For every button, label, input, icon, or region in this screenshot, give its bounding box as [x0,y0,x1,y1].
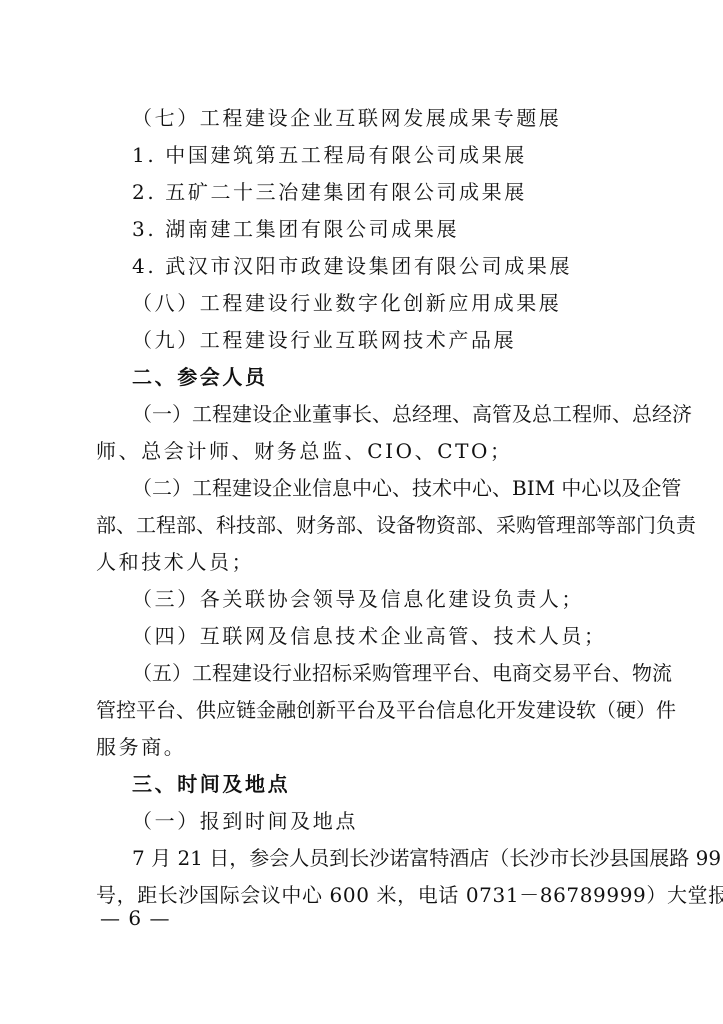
paragraph-line: （五）工程建设行业招标采购管理平台、电商交易平台、物流 [132,661,622,685]
list-item: 1. 中国建筑第五工程局有限公司成果展 [132,143,527,167]
subheading-exhibition-9: （九）工程建设行业互联网技术产品展 [132,328,516,352]
list-item: 2. 五矿二十三冶建集团有限公司成果展 [132,180,527,204]
paragraph-line: 人和技术人员； [96,550,254,574]
section-heading-time-location: 三、时间及地点 [132,772,290,796]
paragraph-line: 师、总会计师、财务总监、CIO、CTO； [96,439,513,463]
paragraph-line: （四）互联网及信息技术企业高管、技术人员； [132,624,607,648]
paragraph-line: 7 月 21 日，参会人员到长沙诺富特酒店（长沙市长沙县国展路 99 [132,846,622,870]
list-item: 3. 湖南建工集团有限公司成果展 [132,217,459,241]
document-page: （七）工程建设企业互联网发展成果专题展 1. 中国建筑第五工程局有限公司成果展 … [0,0,723,1024]
paragraph-line: 号，距长沙国际会议中心 600 米，电话 0731－86789999）大堂报到。 [96,883,723,907]
paragraph-line: （二）工程建设企业信息中心、技术中心、BIM 中心以及企管 [132,476,622,500]
page-number: — 6 — [100,906,170,930]
subheading-exhibition-8: （八）工程建设行业数字化创新应用成果展 [132,291,561,315]
paragraph-line: 服务商。 [96,735,186,759]
section-heading-attendees: 二、参会人员 [132,365,268,389]
list-item: 4. 武汉市汉阳市政建设集团有限公司成果展 [132,254,572,278]
subheading-exhibition-7: （七）工程建设企业互联网发展成果专题展 [132,106,561,130]
paragraph-line: （一）工程建设企业董事长、总经理、高管及总工程师、总经济 [132,402,622,426]
paragraph-line: 部、工程部、科技部、财务部、设备物资部、采购管理部等部门负责 [96,513,624,537]
paragraph-line: （三）各关联协会领导及信息化建设负责人； [132,587,584,611]
paragraph-line: 管控平台、供应链金融创新平台及平台信息化开发建设软（硬）件 [96,698,624,722]
subheading-registration: （一）报到时间及地点 [132,809,358,833]
